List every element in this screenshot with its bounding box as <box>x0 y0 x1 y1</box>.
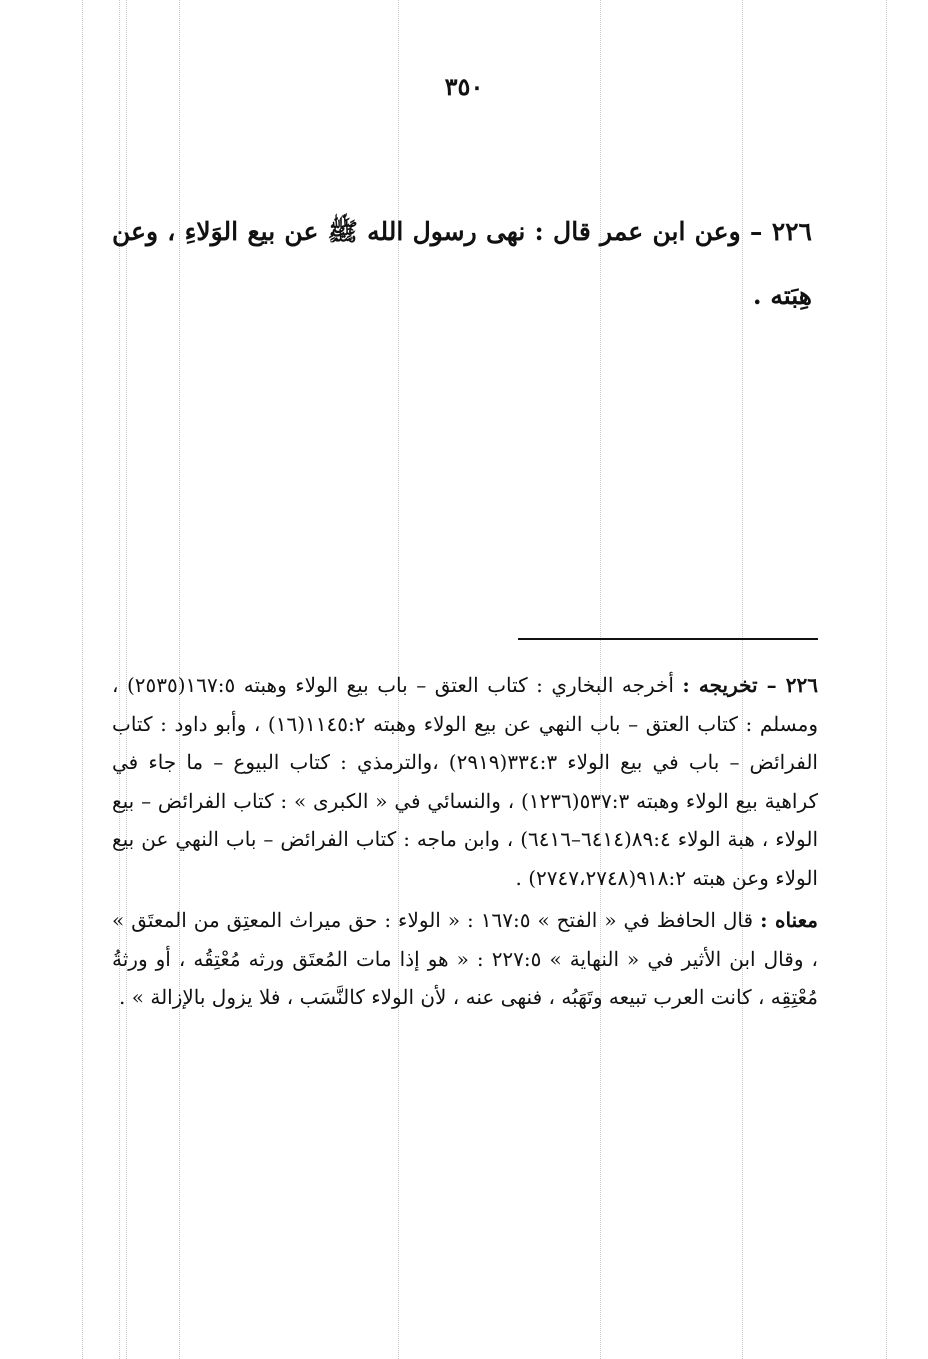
meaning-paragraph: معناه : قال الحافظ في « الفتح » ١٦٧:٥ : … <box>112 901 818 1017</box>
takhrij-label: ٢٢٦ – تخريجه : <box>682 673 818 697</box>
footnotes: ٢٢٦ – تخريجه : أخرجه البخاري : كتاب العت… <box>112 666 818 1017</box>
scan-artifact-line <box>82 0 83 1359</box>
scan-artifact-line <box>886 0 887 1359</box>
footnote-separator <box>518 638 818 640</box>
takhrij-paragraph: ٢٢٦ – تخريجه : أخرجه البخاري : كتاب العت… <box>112 666 818 897</box>
takhrij-text: أخرجه البخاري : كتاب العتق – باب بيع الو… <box>112 673 818 890</box>
page-number: ٣٥٠ <box>0 72 928 101</box>
meaning-label: معناه : <box>760 908 818 932</box>
hadith-text: ٢٢٦ – وعن ابن عمر قال : نهى رسول الله ﷺ … <box>112 200 812 328</box>
meaning-text: قال الحافظ في « الفتح » ١٦٧:٥ : « الولاء… <box>112 908 818 1009</box>
